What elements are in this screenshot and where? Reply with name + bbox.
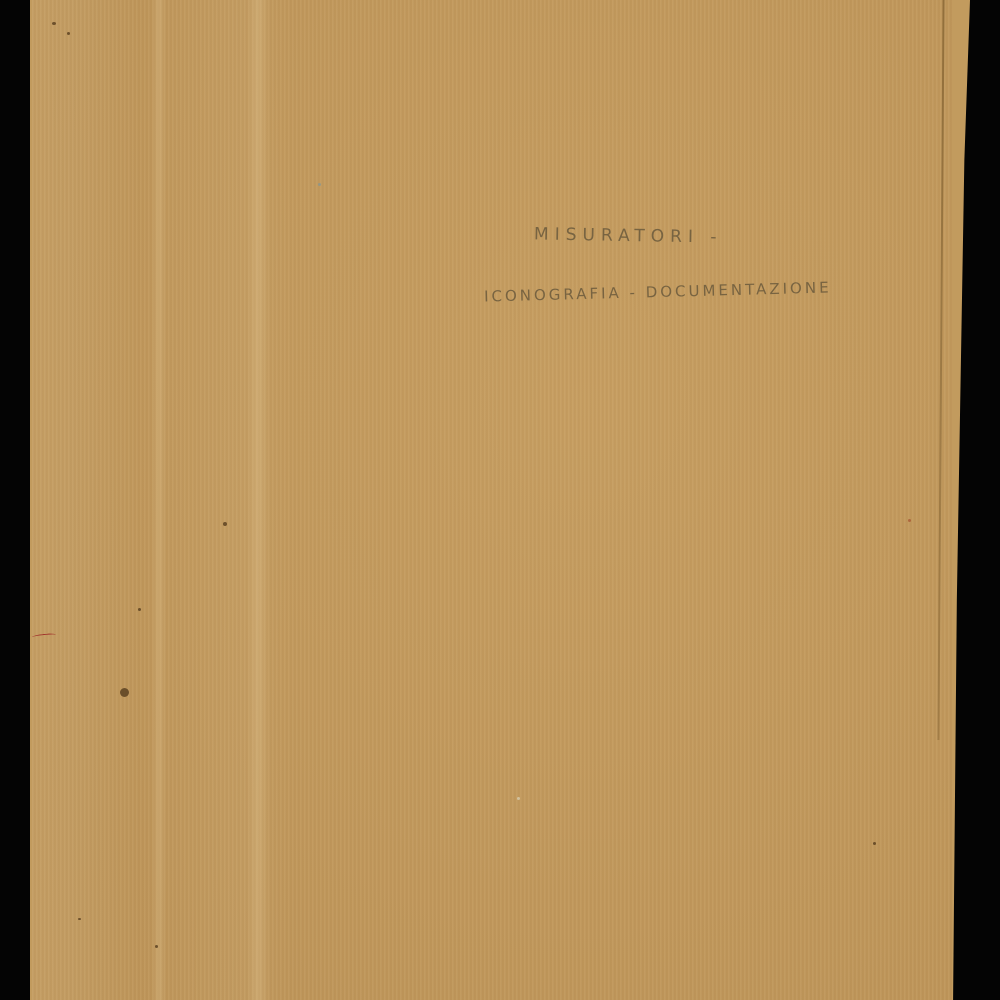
paper-speck: [67, 32, 70, 35]
paper-speck: [318, 183, 321, 186]
paper-crease: [152, 0, 166, 1000]
paper-crease: [247, 0, 269, 1000]
paper-stain: [120, 688, 129, 697]
paper-speck: [908, 519, 911, 522]
paper-speck: [517, 797, 520, 800]
folder-cover: [32, 0, 952, 1000]
paper-speck: [873, 842, 876, 845]
paper-speck: [155, 945, 158, 948]
handwritten-title-line-1: MISURATORI -: [534, 224, 723, 247]
paper-speck: [223, 522, 227, 526]
paper-speck: [52, 22, 56, 25]
paper-speck: [138, 608, 141, 611]
paper-speck: [78, 918, 81, 920]
